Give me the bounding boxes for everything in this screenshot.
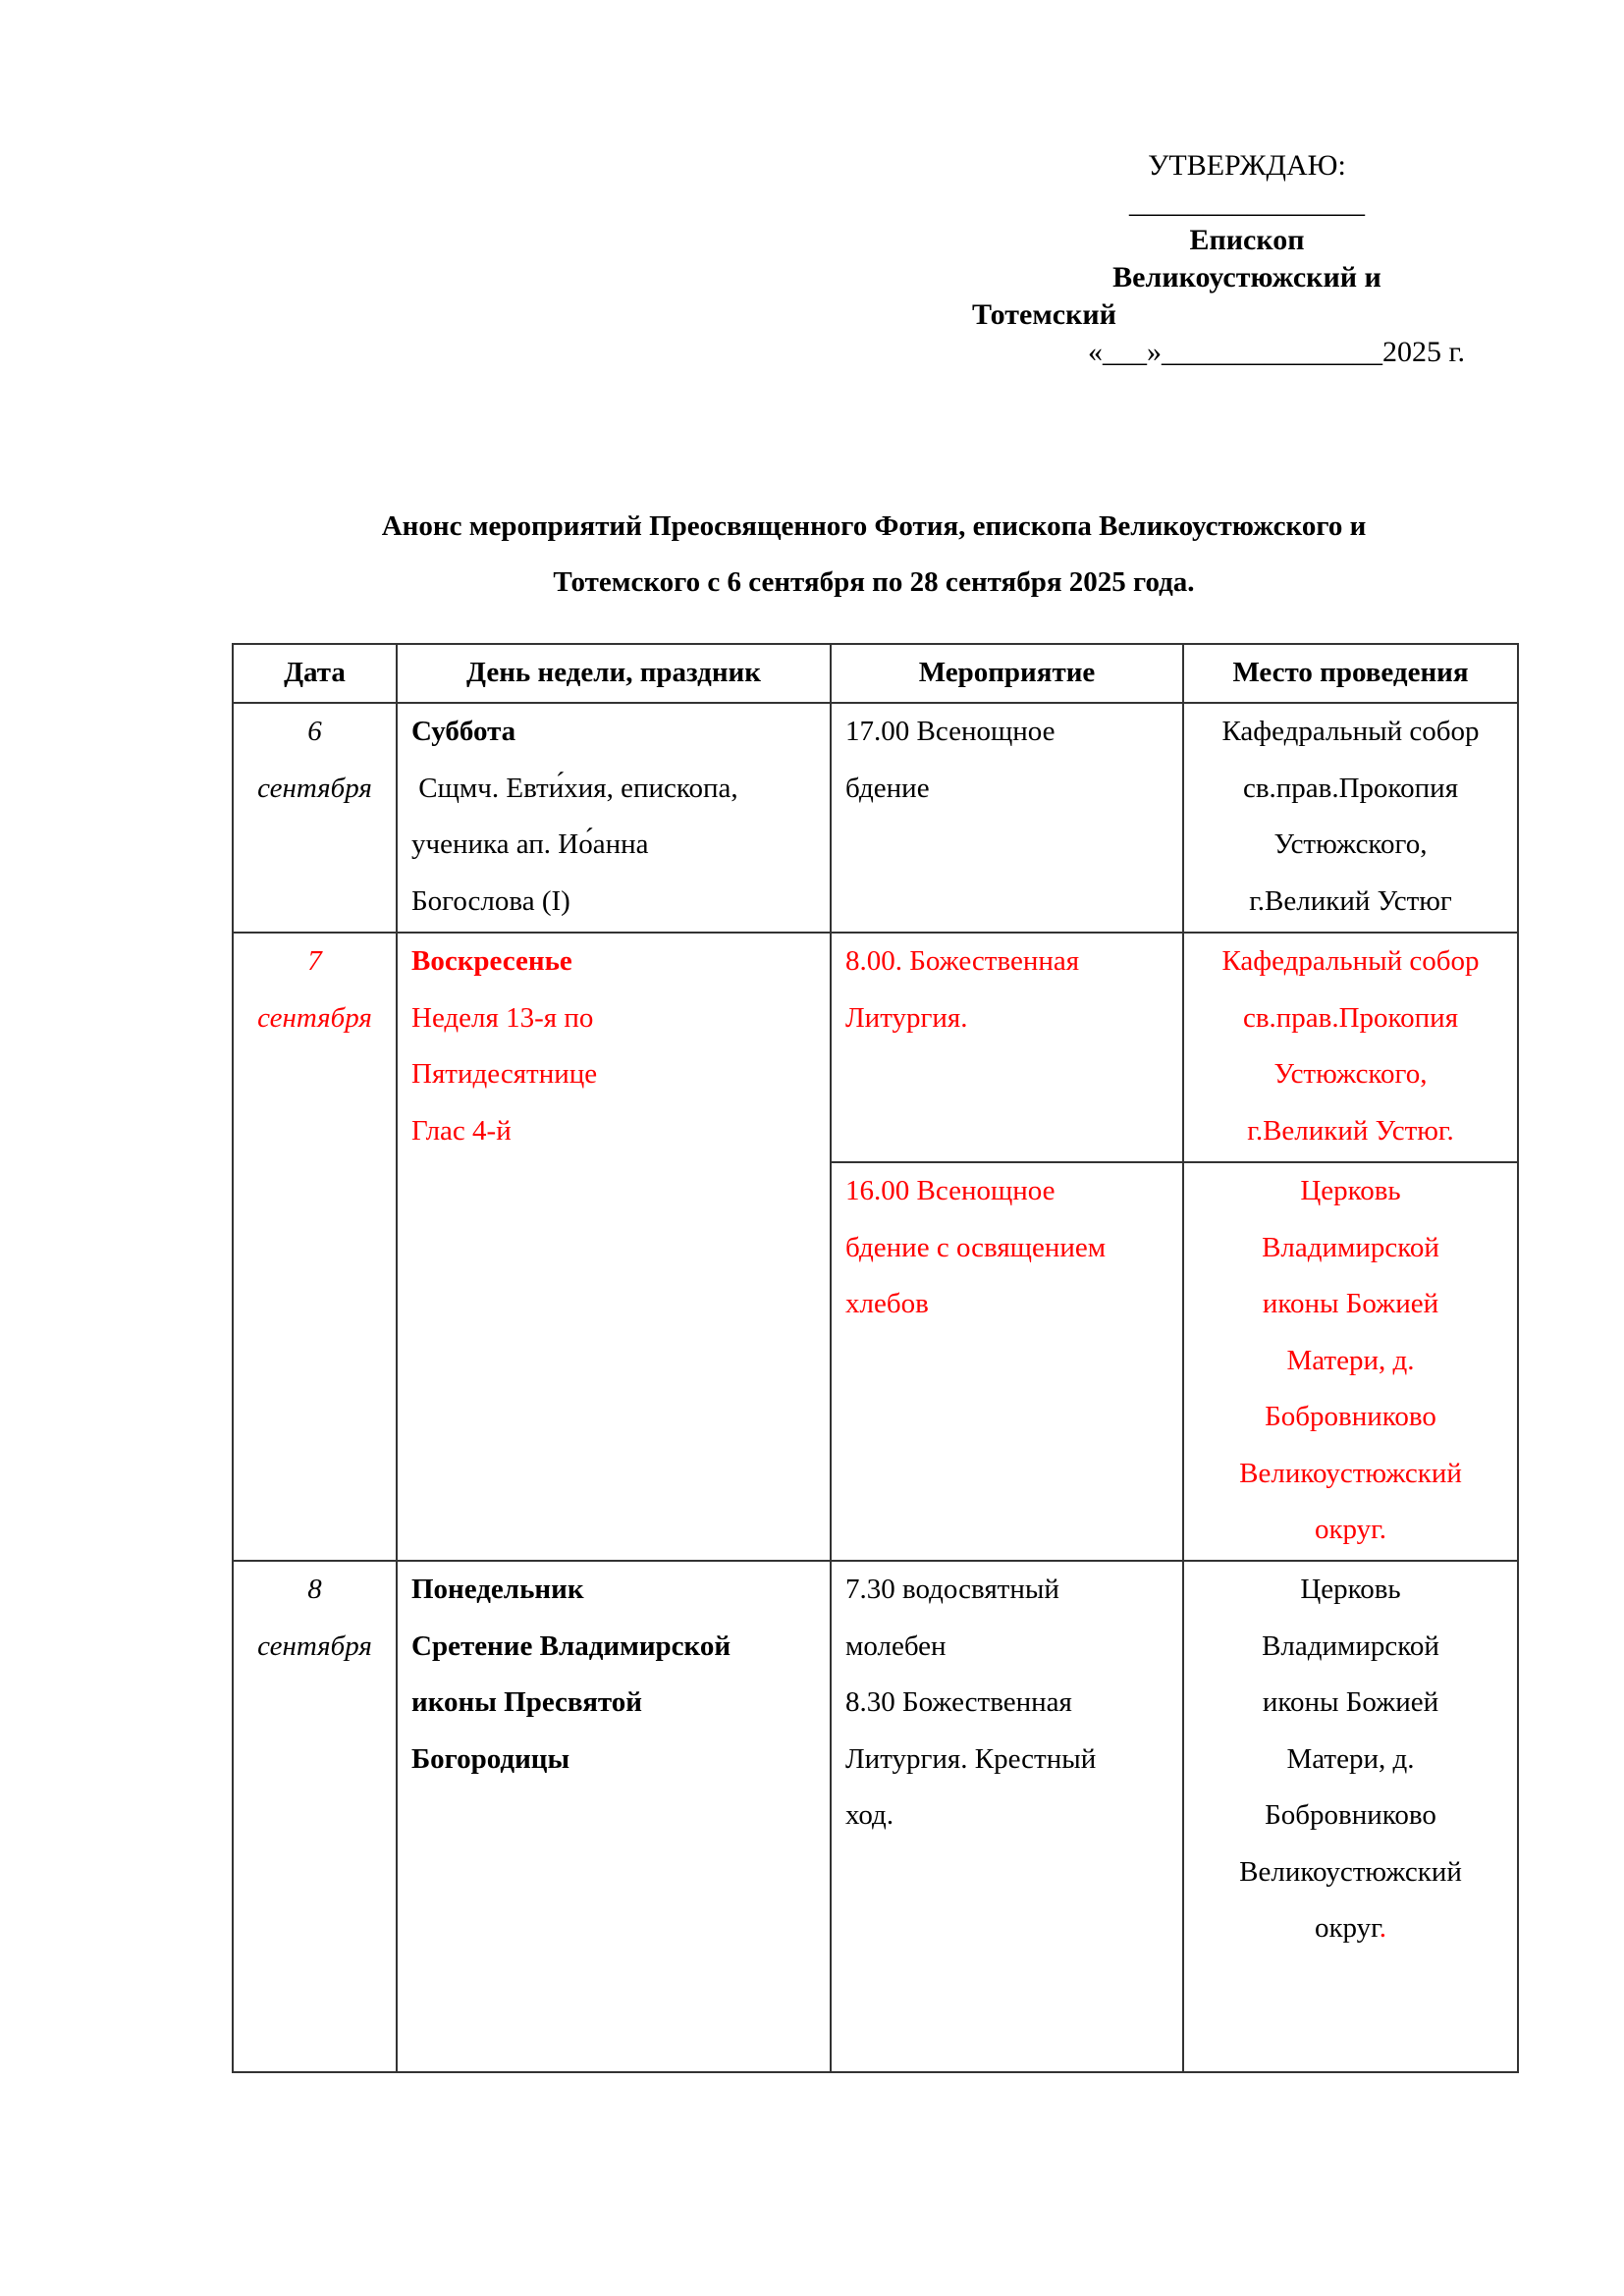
approver-position-line1: Епископ xyxy=(972,222,1522,259)
event-line: бдение с освящением xyxy=(845,1220,1168,1277)
place-cell: Кафедральный собор св.прав.Прокопия Устю… xyxy=(1183,933,1518,1162)
place-line: Церковь xyxy=(1198,1562,1503,1619)
place-line: св.прав.Прокопия xyxy=(1198,990,1503,1047)
place-cell: Церковь Владимирской иконы Божией Матери… xyxy=(1183,1162,1518,1561)
approval-block: УТВЕРЖДАЮ: ________________ Епископ Вели… xyxy=(972,147,1522,371)
event-cell: 17.00 Всенощное бдение xyxy=(831,703,1183,933)
table-row: 6 сентября Суббота Сщмч. Евти́хия, еписк… xyxy=(233,703,1518,933)
place-line: Кафедральный собор xyxy=(1198,934,1503,990)
feast-line: Глас 4-й xyxy=(411,1103,816,1160)
place-line: Великоустюжский xyxy=(1198,1844,1503,1901)
date-month: сентября xyxy=(238,1619,392,1676)
event-line: 8.30 Божественная xyxy=(845,1675,1168,1732)
feast-line: Сщмч. Евти́хия, епископа, xyxy=(411,761,816,818)
place-line: Великоустюжский xyxy=(1198,1446,1503,1503)
feast-line: Пятидесятнице xyxy=(411,1046,816,1103)
event-line: 7.30 водосвятный xyxy=(845,1562,1168,1619)
place-line: Устюжского, xyxy=(1198,817,1503,874)
weekday: Понедельник xyxy=(411,1562,816,1619)
place-line: г.Великий Устюг. xyxy=(1198,1103,1503,1160)
approver-position-line2: Великоустюжский и xyxy=(972,259,1522,296)
title-line2: Тотемского с 6 сентября по 28 сентября 2… xyxy=(232,555,1516,611)
feast-line: иконы Пресвятой xyxy=(411,1675,816,1732)
date-cell: 8 сентября xyxy=(233,1561,397,2072)
event-line: 8.00. Божественная xyxy=(845,934,1168,990)
event-cell: 7.30 водосвятный молебен 8.30 Божественн… xyxy=(831,1561,1183,2072)
header-place: Место проведения xyxy=(1183,644,1518,703)
table-row: 8 сентября Понедельник Сретение Владимир… xyxy=(233,1561,1518,2072)
approver-position-line3: Тотемский xyxy=(972,296,1522,334)
date-day: 6 xyxy=(238,704,392,761)
feast-line: Сретение Владимирской xyxy=(411,1619,816,1676)
schedule-table: Дата День недели, праздник Мероприятие М… xyxy=(232,643,1519,2073)
place-line: иконы Божией xyxy=(1198,1675,1503,1732)
place-line: Владимирской xyxy=(1198,1619,1503,1676)
place-line: Владимирской xyxy=(1198,1220,1503,1277)
place-line: Матери, д. xyxy=(1198,1732,1503,1789)
event-line: бдение xyxy=(845,761,1168,818)
event-line: ход. xyxy=(845,1788,1168,1844)
weekday: Воскресенье xyxy=(411,934,816,990)
document-title: Анонс мероприятий Преосвященного Фотия, … xyxy=(232,499,1516,611)
title-line1: Анонс мероприятий Преосвященного Фотия, … xyxy=(232,499,1516,555)
feast-line: ученика ап. Ио́анна xyxy=(411,817,816,874)
header-event: Мероприятие xyxy=(831,644,1183,703)
place-line: Церковь xyxy=(1198,1163,1503,1220)
place-line: округ. xyxy=(1198,1502,1503,1559)
header-date: Дата xyxy=(233,644,397,703)
date-month: сентября xyxy=(238,761,392,818)
approval-date-line: «___»_______________2025 г. xyxy=(972,334,1522,371)
approval-heading: УТВЕРЖДАЮ: xyxy=(972,147,1522,185)
header-weekday-feast: День недели, праздник xyxy=(397,644,831,703)
date-cell: 7 сентября xyxy=(233,933,397,1561)
place-cell: Церковь Владимирской иконы Божией Матери… xyxy=(1183,1561,1518,2072)
place-line: св.прав.Прокопия xyxy=(1198,761,1503,818)
place-line: округ. xyxy=(1198,1900,1503,1957)
date-day: 8 xyxy=(238,1562,392,1619)
place-line: Бобровниково xyxy=(1198,1389,1503,1446)
feast-line: Неделя 13-я по xyxy=(411,990,816,1047)
event-line: 16.00 Всенощное xyxy=(845,1163,1168,1220)
date-cell: 6 сентября xyxy=(233,703,397,933)
place-trailing-period: . xyxy=(1380,1912,1386,1944)
table-header-row: Дата День недели, праздник Мероприятие М… xyxy=(233,644,1518,703)
event-line: Литургия. xyxy=(845,990,1168,1047)
place-line: Матери, д. xyxy=(1198,1333,1503,1390)
place-line: иконы Божией xyxy=(1198,1276,1503,1333)
weekday-feast-cell: Воскресенье Неделя 13-я по Пятидесятнице… xyxy=(397,933,831,1561)
signature-line: ________________ xyxy=(972,185,1522,222)
place-line: Бобровниково xyxy=(1198,1788,1503,1844)
event-line: молебен xyxy=(845,1619,1168,1676)
place-line-text: округ xyxy=(1315,1912,1380,1944)
event-line: 17.00 Всенощное xyxy=(845,704,1168,761)
event-cell: 8.00. Божественная Литургия. xyxy=(831,933,1183,1162)
date-month: сентября xyxy=(238,990,392,1047)
place-line: Устюжского, xyxy=(1198,1046,1503,1103)
table-row: 7 сентября Воскресенье Неделя 13-я по Пя… xyxy=(233,933,1518,1162)
event-line: хлебов xyxy=(845,1276,1168,1333)
feast-line: Богослова (I) xyxy=(411,874,816,931)
date-day: 7 xyxy=(238,934,392,990)
event-cell: 16.00 Всенощное бдение с освящением хлеб… xyxy=(831,1162,1183,1561)
place-line: Кафедральный собор xyxy=(1198,704,1503,761)
weekday-feast-cell: Понедельник Сретение Владимирской иконы … xyxy=(397,1561,831,2072)
place-line: г.Великий Устюг xyxy=(1198,874,1503,931)
place-cell: Кафедральный собор св.прав.Прокопия Устю… xyxy=(1183,703,1518,933)
weekday: Суббота xyxy=(411,704,816,761)
weekday-feast-cell: Суббота Сщмч. Евти́хия, епископа, ученик… xyxy=(397,703,831,933)
feast-line: Богородицы xyxy=(411,1732,816,1789)
event-line: Литургия. Крестный xyxy=(845,1732,1168,1789)
